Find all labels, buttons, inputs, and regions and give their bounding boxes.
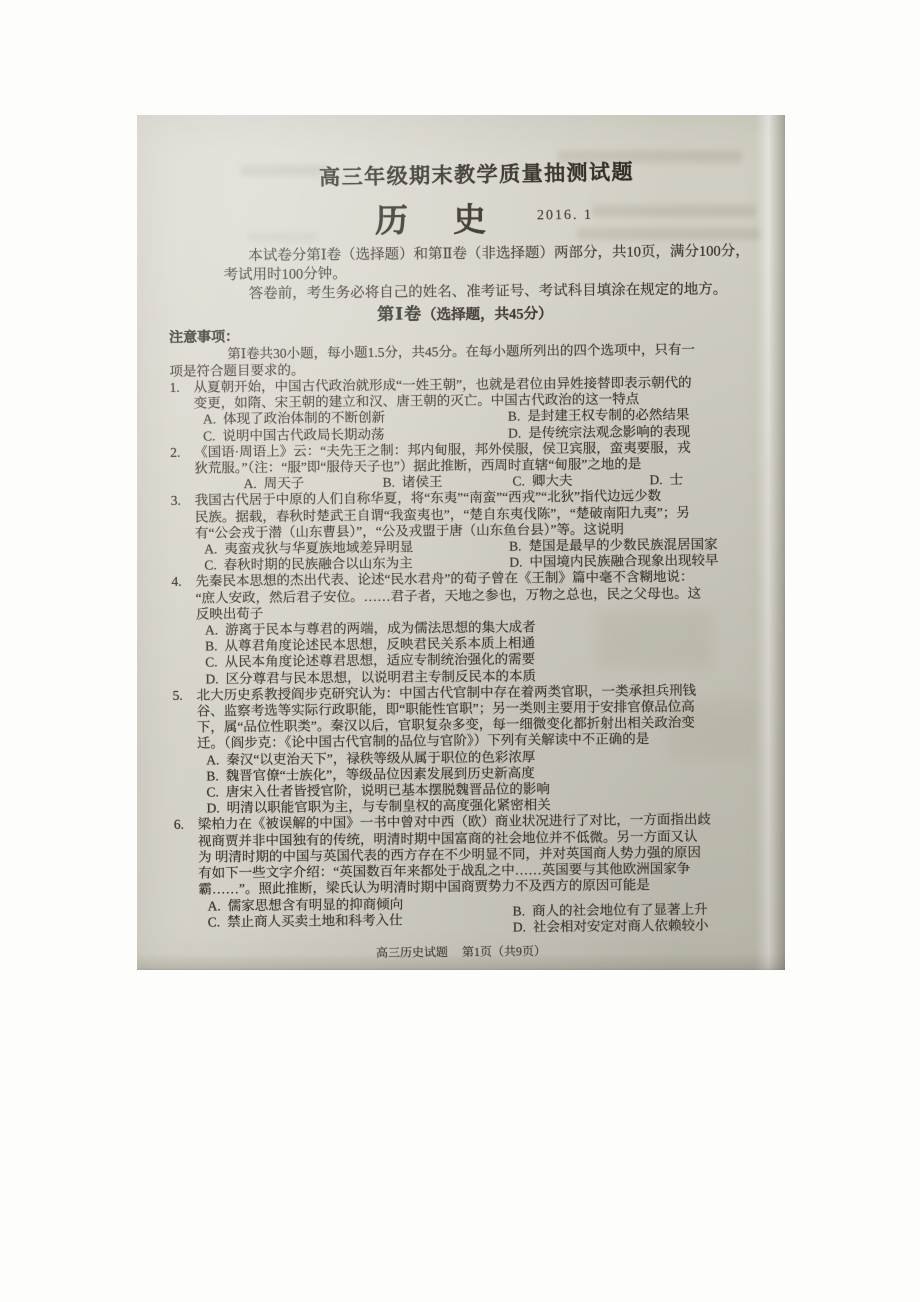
option-a: A.周天子 xyxy=(243,475,382,493)
option-label: D. xyxy=(508,425,521,440)
page-content: 高三年级期末教学质量抽测试题 历 史 2016. 1 本试卷分第Ⅰ卷（选择题）和… xyxy=(167,115,767,931)
option-c: C.禁止商人买卖土地和科考入仕 xyxy=(208,911,513,930)
question-5: 5.北大历史系教授阎步克研究认为：中国古代官制中存在着两类官职，一类承担兵刑钱 … xyxy=(172,682,765,817)
question-number: 6. xyxy=(174,817,198,833)
option-label: C. xyxy=(204,558,217,573)
option-label: D. xyxy=(207,801,220,816)
option-text: 体现了政治体制的不断创新 xyxy=(223,410,385,427)
option-label: A. xyxy=(208,898,221,913)
option-label: A. xyxy=(204,541,217,556)
page-edge-shadow xyxy=(755,115,785,970)
exam-paper-scan: 高三年级期末教学质量抽测试题 历 史 2016. 1 本试卷分第Ⅰ卷（选择题）和… xyxy=(137,115,785,970)
option-text: 说明中国古代政局长期动荡 xyxy=(222,426,384,443)
notice-block: 注意事项： 第Ⅰ卷共30小题，每小题1.5分，共45分。在每小题所列出的四个选项… xyxy=(169,325,761,380)
option-text: 春秋时期的民族融合以山东为主 xyxy=(224,556,413,573)
option-text: 周天子 xyxy=(264,476,305,491)
option-d: D.士 xyxy=(649,472,683,489)
option-text: 游离于民本与尊君的两端，成为儒法思想的集大成者 xyxy=(225,619,536,637)
option-label: B. xyxy=(509,538,522,553)
option-text: 是传统宗法观念影响的表现 xyxy=(528,423,690,440)
option-label: B. xyxy=(205,639,218,654)
section-subtitle: （选择题，共45分） xyxy=(422,306,553,323)
option-d: D.社会相对安定对商人依赖较小 xyxy=(513,917,767,936)
option-text: 禁止商人买卖土地和科考入仕 xyxy=(227,912,403,929)
question-number: 2. xyxy=(170,444,194,460)
option-label: C. xyxy=(203,428,216,443)
option-label: A. xyxy=(243,476,256,491)
option-label: A. xyxy=(205,622,218,637)
exam-date: 2016. 1 xyxy=(537,208,593,225)
option-label: B. xyxy=(513,903,526,918)
option-label: B. xyxy=(206,768,219,783)
question-3: 3.我国古代居于中原的人们自称华夏，将“东夷”“南蛮”“西戎”“北狄”指代边远少… xyxy=(171,488,764,575)
option-text: 从民本角度论述尊君思想，适应专制统治强化的需要 xyxy=(225,652,536,670)
option-text: 楚国是最早的少数民族混居国家 xyxy=(528,537,717,554)
option-label: D. xyxy=(509,555,522,570)
option-label: C. xyxy=(208,914,221,929)
question-number: 4. xyxy=(171,574,195,590)
question-6: 6.梁柏力在《被误解的中国》一书中曾对中西（欧）商业状况进行了对比，一方面指出歧… xyxy=(174,812,767,931)
option-text: 社会相对安定对商人依赖较小 xyxy=(533,917,709,934)
option-c: C.卿大夫 xyxy=(512,472,649,490)
exam-instructions: 本试卷分第Ⅰ卷（选择题）和第Ⅱ卷（非选择题）两部分，共10页，满分100分， 考… xyxy=(223,242,761,304)
option-text: 中国境内民族融合现象出现较早 xyxy=(529,553,718,570)
section-volume: 第Ⅰ卷 xyxy=(377,304,422,323)
question-options: A.游离于民本与尊君的两端，成为儒法思想的集大成者 B.从尊君角度论述民本思想，… xyxy=(172,617,765,687)
question-2: 2.《国语·周语上》云：“夫先王之制：邦内甸服，邦外侯服，侯卫宾服，蛮夷要服，戎… xyxy=(170,439,762,493)
option-label: D. xyxy=(513,919,526,934)
question-4: 4.先秦民本思想的杰出代表、论述“民水君舟”的荀子曾在《王制》篇中毫不含糊地说：… xyxy=(171,569,764,688)
question-number: 5. xyxy=(172,687,196,703)
option-d: D.中国境内民族融合现象出现较早 xyxy=(509,552,763,571)
option-label: C. xyxy=(206,784,219,799)
exam-title: 高三年级期末教学质量抽测试题 xyxy=(167,157,759,194)
question-list: 1.从夏朝开始，中国古代政治就形成“一姓王朝”，也就是君位由异姓接替即表示朝代的… xyxy=(170,374,767,931)
question-options: A.儒家思想含有明显的抑商倾向 B.商人的社会地位有了显著上升 C.禁止商人买卖… xyxy=(175,893,767,931)
option-label: B. xyxy=(508,409,521,424)
option-b: B.诸侯王 xyxy=(382,474,512,491)
option-text: 卿大夫 xyxy=(532,473,573,488)
subject-row: 历 史 2016. 1 xyxy=(168,193,760,241)
option-text: 是封建王权专制的必然结果 xyxy=(527,407,689,424)
option-d: D.是传统宗法观念影响的表现 xyxy=(508,423,762,442)
section-header: 第Ⅰ卷（选择题，共45分） xyxy=(169,300,761,329)
question-options: A.秦汉“以吏治天下”，禄秩等级从属于职位的色彩浓厚 B.魏晋官僚“士族化”，等… xyxy=(173,747,766,817)
option-text: 魏晋官僚“士族化”，等级品位因素发展到历史新高度 xyxy=(226,765,535,783)
option-text: 士 xyxy=(670,472,684,487)
question-number: 1. xyxy=(170,380,194,396)
subject-title: 历 史 xyxy=(375,193,492,241)
question-number: 3. xyxy=(171,493,195,509)
page-bottom-shadow xyxy=(137,954,785,970)
option-label: C. xyxy=(512,474,525,489)
option-label: B. xyxy=(382,475,395,490)
option-text: 夷蛮戎狄与华夏族地域差异明显 xyxy=(224,540,413,557)
option-label: C. xyxy=(205,655,218,670)
option-label: A. xyxy=(206,752,219,767)
option-label: A. xyxy=(203,412,216,427)
photo-background: 高三年级期末教学质量抽测试题 历 史 2016. 1 本试卷分第Ⅰ卷（选择题）和… xyxy=(0,0,920,1302)
question-1: 1.从夏朝开始，中国古代政治就形成“一姓王朝”，也就是君位由异姓接替即表示朝代的… xyxy=(170,374,763,444)
option-text: 诸侯王 xyxy=(402,474,443,489)
option-text: 儒家思想含有明显的抑商倾向 xyxy=(228,896,404,913)
option-text: 商人的社会地位有了显著上升 xyxy=(532,901,708,918)
option-text: 区分尊君与民本思想，以说明君主专制反民本的本质 xyxy=(225,668,536,686)
option-text: 秦汉“以吏治天下”，禄秩等级从属于职位的色彩浓厚 xyxy=(226,749,535,767)
option-label: D. xyxy=(205,671,218,686)
option-label: D. xyxy=(649,472,662,487)
